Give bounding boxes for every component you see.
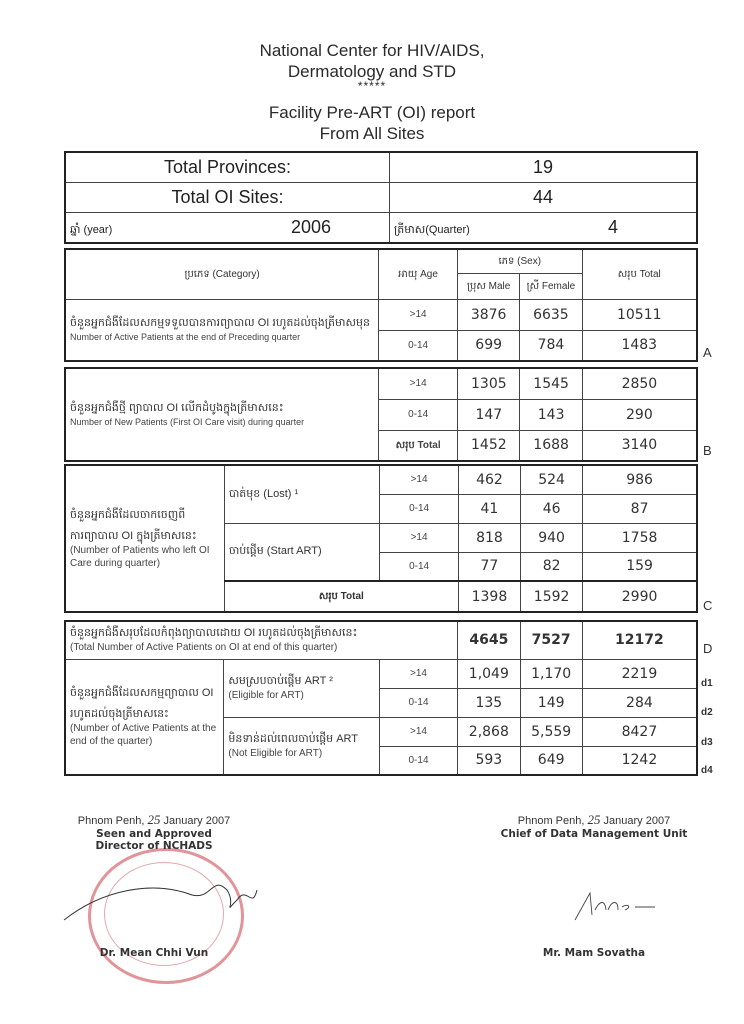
left-approval-line: Seen and Approved [64, 828, 244, 840]
table-row: ចំនួនអ្នកជំងឺថ្មី ព្យាបាល OI លើកដំបូងក្ន… [65, 368, 697, 399]
report-name: Facility Pre-ART (OI) report [0, 102, 744, 123]
male-cell: 147 [458, 399, 520, 430]
org-name: National Center for HIV/AIDS, [0, 40, 744, 61]
age-cell: >14 [379, 368, 458, 399]
marker-d3: d3 [701, 737, 713, 748]
female-cell: 1,170 [520, 659, 582, 688]
total-cell: 2850 [582, 368, 697, 399]
sites-label: Total OI Sites: [65, 183, 390, 213]
quarter-value: 4 [608, 217, 618, 238]
marker-d1: d1 [701, 678, 713, 689]
total-cell: 159 [583, 552, 697, 581]
male-cell: 135 [458, 688, 520, 717]
female-cell: 1592 [521, 581, 583, 612]
total-cell: 2990 [583, 581, 697, 612]
section-d-label-en: (Total Number of Active Patients on OI a… [70, 641, 453, 654]
total-header: សរុប Total [582, 249, 697, 299]
section-d-breakdown-label: ចំនួនអ្នកជំងឺដែលសកម្មព្យាបាល OI រហូតដល់ច… [65, 659, 224, 775]
start-art-label: ចាប់ផ្តើម (Start ART) [224, 523, 379, 581]
section-a-label-km: ចំនួនអ្នកជំងឺដែលសកម្មទទួលបានការព្យាបាល O… [70, 316, 374, 331]
male-cell: 818 [458, 523, 520, 552]
male-cell: 1398 [458, 581, 520, 612]
right-date-day: 25 [587, 812, 600, 827]
section-c-label-en: (Number of Patients who left OI Care dur… [70, 544, 220, 570]
provinces-value: 19 [390, 152, 698, 183]
total-cell: 1758 [583, 523, 697, 552]
report-scope: From All Sites [0, 123, 744, 144]
section-c-label-km2: ការព្យាបាល OI ក្នុងត្រីមាសនេះ [70, 529, 220, 544]
male-cell: 699 [458, 330, 520, 361]
male-cell: 1,049 [458, 659, 520, 688]
table-row: ចំនួនអ្នកជំងឺដែលសកម្មព្យាបាល OI រហូតដល់ច… [65, 659, 697, 688]
total-cell: 1242 [582, 746, 697, 775]
left-signature-block: Phnom Penh, 25 January 2007 Seen and App… [64, 812, 244, 852]
age-cell: 0-14 [380, 494, 459, 523]
male-cell: 3876 [458, 299, 520, 330]
lost-label: បាត់មុខ (Lost) ¹ [224, 465, 379, 523]
section-d-table: ចំនួនអ្នកជំងឺសរុបដែលកំពុងព្យាបាលដោយ OI រ… [64, 620, 698, 776]
right-signature-icon [570, 885, 670, 925]
male-header: ប្រុស Male [458, 273, 520, 299]
female-cell: 784 [520, 330, 582, 361]
total-cell: 2219 [582, 659, 697, 688]
category-header: ប្រភេទ (Category) [65, 249, 379, 299]
female-header: ស្រី Female [520, 273, 582, 299]
stars-divider: ***** [0, 80, 744, 92]
male-cell: 2,868 [458, 717, 520, 746]
not-eligible-label-km: មិនទាន់ដល់ពេលចាប់ផ្តើម ART [228, 732, 374, 747]
section-c-label: ចំនួនអ្នកជំងឺដែលចាកចេញពី ការព្យាបាល OI ក… [65, 465, 224, 612]
section-b-table: ចំនួនអ្នកជំងឺថ្មី ព្យាបាល OI លើកដំបូងក្ន… [64, 367, 698, 462]
age-cell: 0-14 [380, 552, 459, 581]
total-cell: 8427 [582, 717, 697, 746]
section-c-total-label: សរុប Total [224, 581, 458, 612]
age-cell: >14 [380, 465, 459, 494]
total-cell: 1483 [582, 330, 697, 361]
table-row: ចំនួនអ្នកជំងឺដែលសកម្មទទួលបានការព្យាបាល O… [65, 299, 697, 330]
marker-c: C [703, 598, 712, 613]
section-d-label-km: ចំនួនអ្នកជំងឺសរុបដែលកំពុងព្យាបាលដោយ OI រ… [70, 626, 453, 641]
not-eligible-label-en: (Not Eligible for ART) [228, 747, 374, 760]
age-cell: 0-14 [379, 399, 458, 430]
total-cell: 986 [583, 465, 697, 494]
left-date: Phnom Penh, 25 January 2007 [64, 812, 244, 828]
total-cell: 290 [582, 399, 697, 430]
total-cell: 12172 [582, 621, 697, 659]
not-eligible-label: មិនទាន់ដល់ពេលចាប់ផ្តើម ART (Not Eligible… [224, 717, 379, 775]
right-date-suffix: January 2007 [604, 815, 671, 827]
total-cell: 10511 [582, 299, 697, 330]
female-cell: 6635 [520, 299, 582, 330]
breakdown-label-en: (Number of Active Patients at the end of… [70, 722, 219, 748]
quarter-label: ត្រីមាស(Quarter) [394, 224, 470, 236]
breakdown-label-km2: រហូតដល់ចុងត្រីមាសនេះ [70, 707, 219, 722]
female-cell: 5,559 [520, 717, 582, 746]
year-value: 2006 [291, 217, 331, 238]
female-cell: 524 [521, 465, 583, 494]
total-cell: 87 [583, 494, 697, 523]
male-cell: 462 [458, 465, 520, 494]
left-date-day: 25 [147, 812, 160, 827]
total-cell: 284 [582, 688, 697, 717]
male-cell: 41 [458, 494, 520, 523]
sex-header: ភេទ (Sex) [458, 249, 583, 273]
total-cell: 3140 [582, 430, 697, 461]
eligible-label-en: (Eligible for ART) [228, 689, 374, 702]
male-cell: 77 [458, 552, 520, 581]
male-cell: 4645 [458, 621, 520, 659]
right-signature-block: Phnom Penh, 25 January 2007 Chief of Dat… [484, 812, 704, 840]
age-cell: 0-14 [379, 688, 457, 717]
male-cell: 593 [458, 746, 520, 775]
age-cell: >14 [379, 299, 458, 330]
age-cell: >14 [380, 523, 459, 552]
marker-b: B [703, 443, 712, 458]
female-cell: 940 [521, 523, 583, 552]
summary-table: Total Provinces: 19 Total OI Sites: 44 ឆ… [64, 151, 698, 244]
left-date-suffix: January 2007 [164, 815, 231, 827]
right-date-prefix: Phnom Penh, [518, 815, 585, 827]
female-cell: 1545 [520, 368, 582, 399]
right-signatory-name: Mr. Mam Sovatha [484, 947, 704, 959]
quarter-cell: ត្រីមាស(Quarter) 4 [390, 213, 698, 244]
female-cell: 82 [521, 552, 583, 581]
section-a-label: ចំនួនអ្នកជំងឺដែលសកម្មទទួលបានការព្យាបាល O… [65, 299, 379, 361]
eligible-label: សមស្របចាប់ផ្តើម ART ² (Eligible for ART) [224, 659, 379, 717]
female-cell: 46 [521, 494, 583, 523]
female-cell: 649 [520, 746, 582, 775]
org-title: National Center for HIV/AIDS, Dermatolog… [0, 40, 744, 82]
female-cell: 149 [520, 688, 582, 717]
left-signatory-name: Dr. Mean Chhi Vun [64, 947, 244, 959]
section-b-label: ចំនួនអ្នកជំងឺថ្មី ព្យាបាល OI លើកដំបូងក្ន… [65, 368, 379, 461]
age-cell: 0-14 [379, 746, 457, 775]
right-date: Phnom Penh, 25 January 2007 [484, 812, 704, 828]
age-cell: 0-14 [379, 330, 458, 361]
section-a-label-en: Number of Active Patients at the end of … [70, 331, 374, 344]
section-a-table: ប្រភេទ (Category) អាយុ Age ភេទ (Sex) សរុ… [64, 248, 698, 362]
female-cell: 143 [520, 399, 582, 430]
report-title: Facility Pre-ART (OI) report From All Si… [0, 102, 744, 144]
age-cell: >14 [379, 659, 457, 688]
right-title-line: Chief of Data Management Unit [484, 828, 704, 840]
table-row: ចំនួនអ្នកជំងឺដែលចាកចេញពី ការព្យាបាល OI ក… [65, 465, 697, 494]
section-b-label-km: ចំនួនអ្នកជំងឺថ្មី ព្យាបាល OI លើកដំបូងក្ន… [70, 401, 374, 416]
year-label: ឆ្នាំ (year) [70, 224, 112, 236]
section-b-label-en: Number of New Patients (First OI Care vi… [70, 416, 374, 429]
male-cell: 1305 [458, 368, 520, 399]
age-header: អាយុ Age [379, 249, 458, 299]
marker-a: A [703, 345, 712, 360]
eligible-label-km: សមស្របចាប់ផ្តើម ART ² [228, 674, 374, 689]
section-d-label: ចំនួនអ្នកជំងឺសរុបដែលកំពុងព្យាបាលដោយ OI រ… [65, 621, 458, 659]
left-signature-icon [62, 870, 262, 930]
age-cell: >14 [379, 717, 457, 746]
marker-d2: d2 [701, 707, 713, 718]
year-cell: ឆ្នាំ (year) 2006 [65, 213, 390, 244]
section-c-label-km1: ចំនួនអ្នកជំងឺដែលចាកចេញពី [70, 508, 220, 523]
sites-value: 44 [390, 183, 698, 213]
section-c-table: ចំនួនអ្នកជំងឺដែលចាកចេញពី ការព្យាបាល OI ក… [64, 464, 698, 613]
age-cell: សរុប Total [379, 430, 458, 461]
marker-d: D [703, 641, 712, 656]
left-date-prefix: Phnom Penh, [78, 815, 145, 827]
provinces-label: Total Provinces: [65, 152, 390, 183]
table-row: ចំនួនអ្នកជំងឺសរុបដែលកំពុងព្យាបាលដោយ OI រ… [65, 621, 697, 659]
female-cell: 1688 [520, 430, 582, 461]
male-cell: 1452 [458, 430, 520, 461]
female-cell: 7527 [520, 621, 582, 659]
breakdown-label-km1: ចំនួនអ្នកជំងឺដែលសកម្មព្យាបាល OI [70, 686, 219, 701]
marker-d4: d4 [701, 765, 713, 776]
left-title-line: Director of NCHADS [64, 840, 244, 852]
